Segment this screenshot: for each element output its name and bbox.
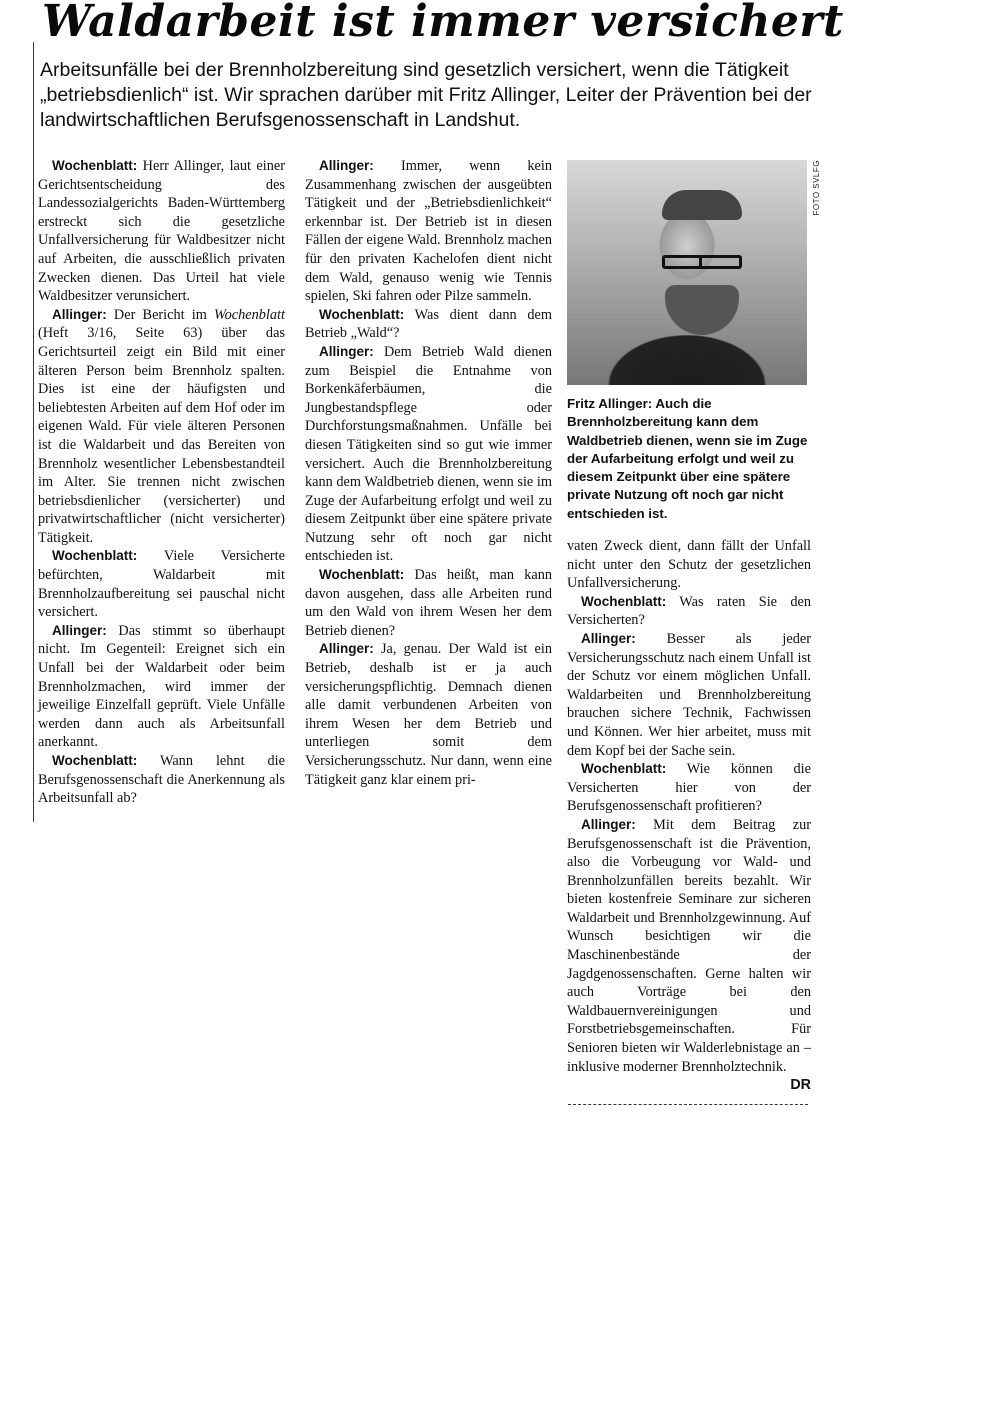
publication-name: Wochenblatt bbox=[214, 307, 285, 323]
paragraph-text: (Heft 3/16, Seite 63) über das Gerichtsu… bbox=[38, 325, 285, 546]
paragraph: Wochenblatt: Das heißt, man kann davon a… bbox=[305, 566, 552, 640]
paragraph-text: Besser als jeder Versicherungsschutz nac… bbox=[567, 631, 811, 759]
paragraph: Allinger: Dem Betrieb Wald dienen zum Be… bbox=[305, 343, 552, 566]
photo-beard bbox=[665, 285, 739, 335]
paragraph: Allinger: Das stimmt so überhaupt nicht.… bbox=[38, 622, 285, 752]
speaker-label: Wochenblatt: bbox=[52, 548, 137, 563]
paragraph: Wochenblatt: Herr Allinger, laut einer G… bbox=[38, 157, 285, 306]
paragraph-text: Der Bericht im bbox=[107, 307, 214, 323]
headline: Waldarbeit ist immer versichert bbox=[42, 0, 844, 47]
speaker-label: Allinger: bbox=[319, 158, 374, 173]
portrait-photo bbox=[567, 160, 807, 385]
paragraph-text: Dem Betrieb Wald dienen zum Beispiel die… bbox=[305, 344, 552, 565]
article-column-2: Allinger: Immer, wenn kein Zusammenhang … bbox=[305, 157, 552, 789]
speaker-label: Wochenblatt: bbox=[319, 307, 404, 322]
speaker-label: Allinger: bbox=[319, 641, 374, 656]
paragraph: Allinger: Mit dem Beitrag zur Berufsgeno… bbox=[567, 816, 811, 1076]
paragraph: Allinger: Besser als jeder Versicherungs… bbox=[567, 630, 811, 760]
paragraph: Wochenblatt: Viele Versicherte befürchte… bbox=[38, 547, 285, 621]
paragraph: Allinger: Immer, wenn kein Zusammenhang … bbox=[305, 157, 552, 306]
speaker-label: Allinger: bbox=[52, 307, 107, 322]
article-end-rule bbox=[568, 1104, 808, 1105]
paragraph: vaten Zweck dient, dann fällt der Unfall… bbox=[567, 537, 811, 593]
paragraph-text: vaten Zweck dient, dann fällt der Unfall… bbox=[567, 538, 811, 591]
photo-hair bbox=[662, 190, 742, 220]
speaker-label: Allinger: bbox=[52, 623, 107, 638]
speaker-label: Allinger: bbox=[581, 817, 636, 832]
speaker-label: Wochenblatt: bbox=[319, 567, 404, 582]
author-initials: DR bbox=[776, 1076, 811, 1095]
speaker-label: Wochenblatt: bbox=[52, 753, 137, 768]
paragraph: Wochenblatt: Wann lehnt die Berufsgenoss… bbox=[38, 752, 285, 808]
speaker-label: Allinger: bbox=[581, 631, 636, 646]
photo-credit: FOTO SVLFG bbox=[812, 160, 821, 216]
photo-caption: Fritz Allinger: Auch die Brennholzbereit… bbox=[567, 395, 815, 523]
article-column-1: Wochenblatt: Herr Allinger, laut einer G… bbox=[38, 157, 285, 808]
article-column-3: vaten Zweck dient, dann fällt der Unfall… bbox=[567, 537, 811, 1095]
paragraph-text: Immer, wenn kein Zusammenhang zwischen d… bbox=[305, 158, 552, 304]
speaker-label: Wochenblatt: bbox=[581, 761, 666, 776]
speaker-label: Allinger: bbox=[319, 344, 374, 359]
paragraph: Wochenblatt: Was dient dann dem Betrieb … bbox=[305, 306, 552, 343]
paragraph-text: Mit dem Beitrag zur Berufsgenossenschaft… bbox=[567, 817, 811, 1075]
paragraph: Allinger: Ja, genau. Der Wald ist ein Be… bbox=[305, 640, 552, 789]
paragraph: Allinger: Der Bericht im Wochenblatt (He… bbox=[38, 306, 285, 548]
speaker-label: Wochenblatt: bbox=[52, 158, 137, 173]
paragraph-text: Herr Allinger, laut einer Gerichtsentsch… bbox=[38, 158, 285, 304]
photo-glasses bbox=[662, 255, 742, 269]
paragraph-text: Ja, genau. Der Wald ist ein Betrieb, des… bbox=[305, 641, 552, 787]
lead-rule bbox=[33, 42, 34, 822]
paragraph: Wochenblatt: Wie können die Versicherten… bbox=[567, 760, 811, 816]
speaker-label: Wochenblatt: bbox=[581, 594, 666, 609]
lead-paragraph: Arbeitsunfälle bei der Brennholzbereitun… bbox=[40, 58, 830, 133]
paragraph-text: Das stimmt so überhaupt nicht. Im Gegent… bbox=[38, 623, 285, 751]
paragraph: Wochenblatt: Was raten Sie den Versicher… bbox=[567, 593, 811, 630]
